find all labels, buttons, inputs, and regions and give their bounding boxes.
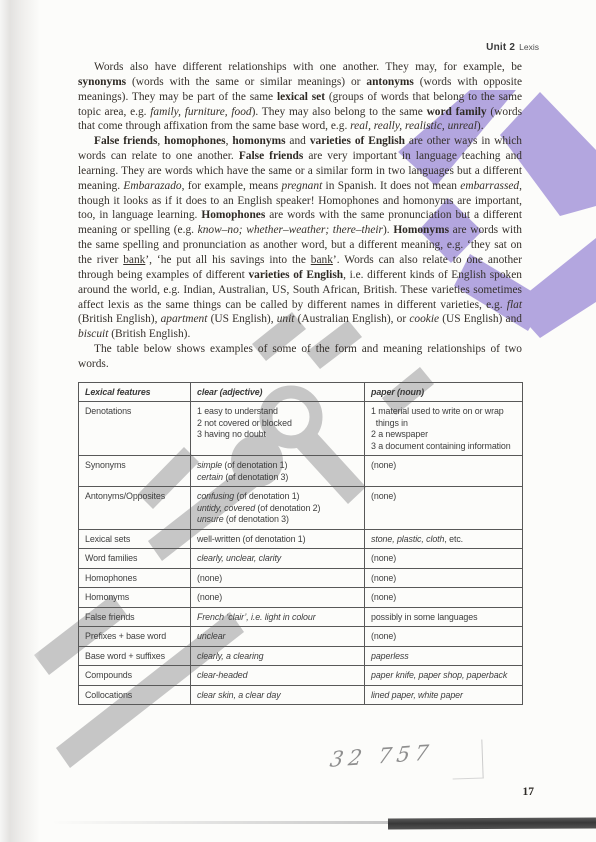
table-cell-feature: Synonyms bbox=[79, 456, 191, 487]
table-cell-feature: Base word + suffixes bbox=[79, 646, 191, 666]
table-cell-clear: unclear bbox=[191, 627, 365, 647]
table-cell-clear: (none) bbox=[191, 568, 365, 588]
table-row: Prefixes + base wordunclear(none) bbox=[79, 627, 523, 647]
scanned-page: Unit 2Lexis Words also have different re… bbox=[0, 0, 596, 842]
table-cell-paper: (none) bbox=[365, 487, 523, 530]
handwritten-box-line bbox=[451, 739, 483, 779]
section-label: Lexis bbox=[519, 42, 539, 52]
scan-edge-line bbox=[50, 821, 390, 824]
table-cell-paper: (none) bbox=[365, 456, 523, 487]
table-row: Word familiesclearly, unclear, clarity(n… bbox=[79, 549, 523, 569]
table-cell-clear: well-written (of denotation 1) bbox=[191, 529, 365, 549]
table-row: Collocationsclear skin, a clear daylined… bbox=[79, 685, 523, 705]
table-cell-feature: Antonyms/Opposites bbox=[79, 487, 191, 530]
table-cell-paper: paperless bbox=[365, 646, 523, 666]
table-row: Antonyms/Oppositesconfusing (of denotati… bbox=[79, 487, 523, 530]
paragraph-false-friends: False friends, homophones, homonyms and … bbox=[78, 134, 522, 342]
table-header-cell: paper (noun) bbox=[365, 382, 523, 402]
scan-edge-shadow bbox=[388, 817, 596, 829]
table-cell-clear: clearly, a clearing bbox=[191, 646, 365, 666]
table-header-cell: clear (adjective) bbox=[191, 382, 365, 402]
unit-label: Unit 2 bbox=[486, 42, 515, 53]
lexical-features-table: Lexical featuresclear (adjective)paper (… bbox=[78, 382, 523, 706]
handwritten-number: 32 757 bbox=[328, 740, 435, 772]
table-row: Denotations1 easy to understand2 not cov… bbox=[79, 402, 523, 456]
table-cell-clear: clearly, unclear, clarity bbox=[191, 549, 365, 569]
table-cell-feature: Word families bbox=[79, 549, 191, 569]
table-cell-feature: Homophones bbox=[79, 568, 191, 588]
paragraph-table-intro: The table below shows examples of some o… bbox=[78, 342, 522, 372]
table-cell-clear: clear-headed bbox=[191, 666, 365, 686]
table-row: Homonyms(none)(none) bbox=[79, 588, 523, 608]
table-cell-paper: paper knife, paper shop, paperback bbox=[365, 666, 523, 686]
table-cell-clear: 1 easy to understand2 not covered or blo… bbox=[191, 402, 365, 456]
table-cell-paper: 1 material used to write on or wrap thin… bbox=[365, 402, 523, 456]
table-header-cell: Lexical features bbox=[79, 382, 191, 402]
table-cell-clear: clear skin, a clear day bbox=[191, 685, 365, 705]
table-cell-feature: Lexical sets bbox=[79, 529, 191, 549]
table-cell-paper: stone, plastic, cloth, etc. bbox=[365, 529, 523, 549]
page-content: Words also have different relationships … bbox=[78, 60, 522, 705]
table-cell-paper: (none) bbox=[365, 549, 523, 569]
table-cell-feature: Homonyms bbox=[79, 588, 191, 608]
table-cell-feature: Compounds bbox=[79, 666, 191, 686]
table-row: Synonymssimple (of denotation 1)certain … bbox=[79, 456, 523, 487]
table-cell-feature: Collocations bbox=[79, 685, 191, 705]
table-cell-clear: confusing (of denotation 1)untidy, cover… bbox=[191, 487, 365, 530]
table-cell-paper: (none) bbox=[365, 627, 523, 647]
table-cell-clear: simple (of denotation 1)certain (of deno… bbox=[191, 456, 365, 487]
table-row: False friendsFrench ‘clair’, i.e. light … bbox=[79, 607, 523, 627]
table-header-row: Lexical featuresclear (adjective)paper (… bbox=[79, 382, 523, 402]
page-number: 17 bbox=[523, 786, 535, 798]
table-cell-feature: False friends bbox=[79, 607, 191, 627]
table-cell-paper: (none) bbox=[365, 588, 523, 608]
table-cell-clear: French ‘clair’, i.e. light in colour bbox=[191, 607, 365, 627]
table-row: Homophones(none)(none) bbox=[79, 568, 523, 588]
table-row: Compoundsclear-headedpaper knife, paper … bbox=[79, 666, 523, 686]
table-cell-paper: (none) bbox=[365, 568, 523, 588]
table-cell-paper: possibly in some languages bbox=[365, 607, 523, 627]
table-cell-feature: Prefixes + base word bbox=[79, 627, 191, 647]
page-header: Unit 2Lexis bbox=[486, 37, 539, 55]
table-row: Lexical setswell-written (of denotation … bbox=[79, 529, 523, 549]
paragraph-relationships: Words also have different relationships … bbox=[78, 60, 522, 134]
table-row: Base word + suffixesclearly, a clearingp… bbox=[79, 646, 523, 666]
page-gutter-shadow bbox=[0, 0, 42, 842]
table-cell-clear: (none) bbox=[191, 588, 365, 608]
table-cell-feature: Denotations bbox=[79, 402, 191, 456]
table-cell-paper: lined paper, white paper bbox=[365, 685, 523, 705]
